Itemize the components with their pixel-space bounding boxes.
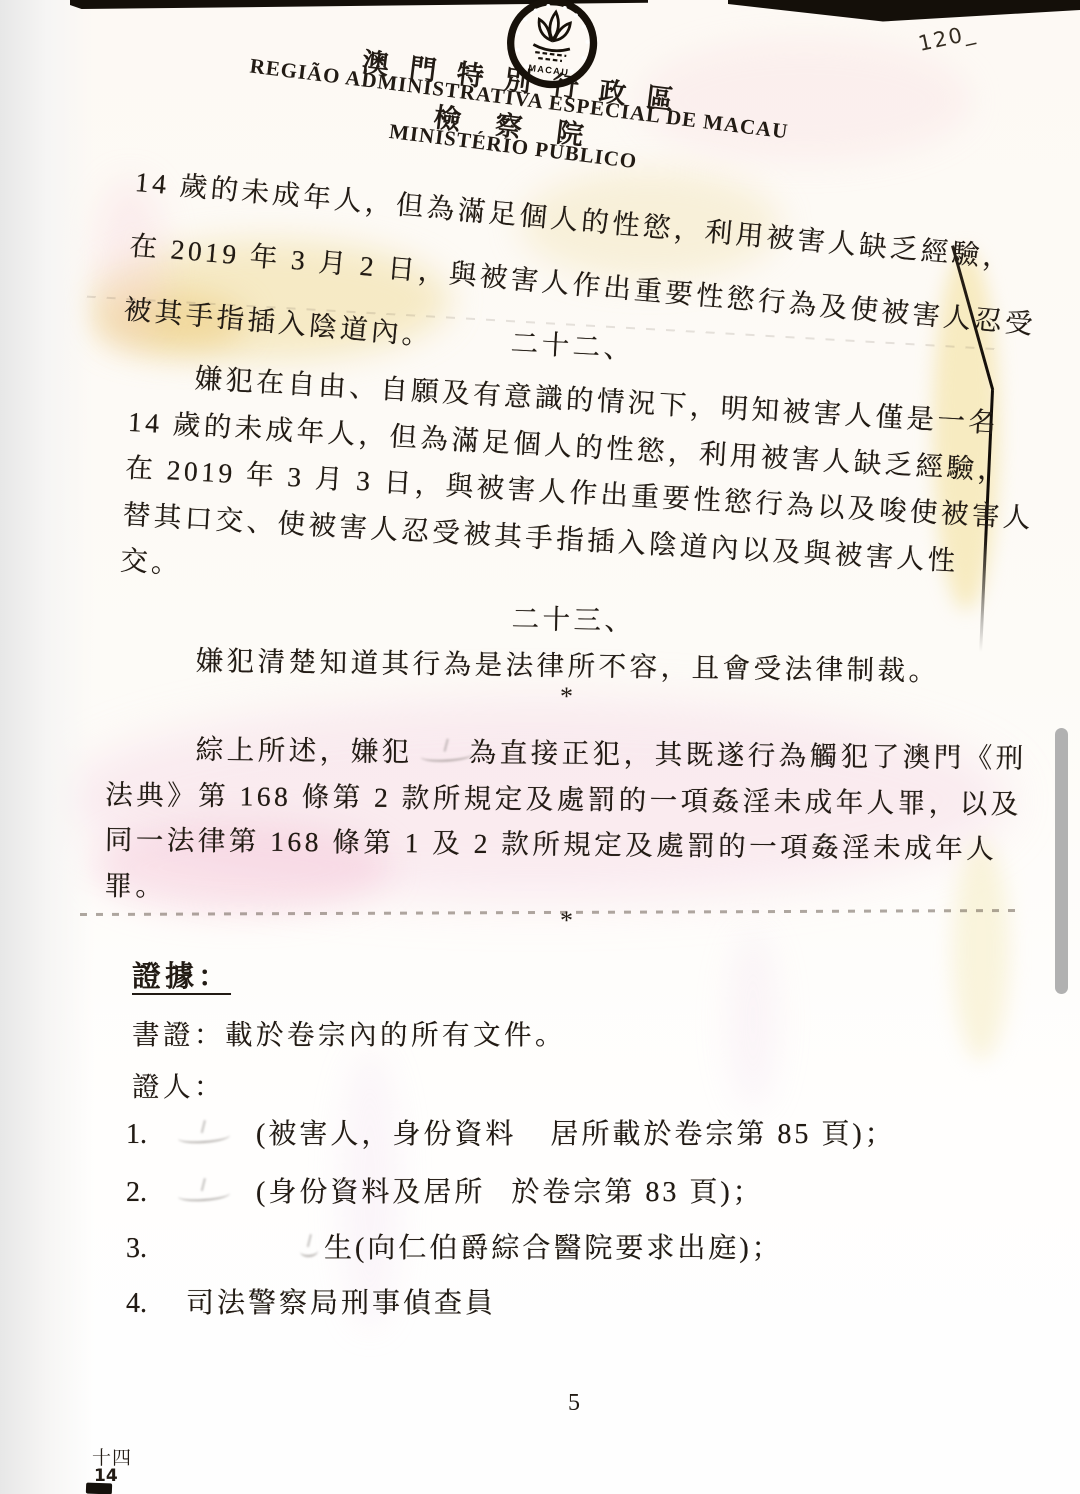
witness-item-text: 於卷宗第 83 頁)； (511, 1177, 763, 1208)
section-22-heading: 二十二、 (510, 320, 636, 366)
scan-dark-strip (728, 0, 1080, 25)
witness-item-text: 居所載於卷宗第 85 頁)； (550, 1119, 895, 1150)
document-photo-page: MACAU 澳 門 特 別 行 政 區 REGIÃO ADMINISTRATIV… (0, 0, 1080, 1494)
separator-asterisk: * (560, 906, 573, 936)
witness-item-text: 司法警察局刑事偵查員 (186, 1288, 496, 1319)
separator-asterisk: * (560, 682, 573, 712)
witness-item-number: 3. (126, 1233, 170, 1265)
witness-item-number: 2. (126, 1177, 170, 1209)
lotus-icon (537, 10, 572, 42)
scrollbar-thumb[interactable] (1055, 728, 1068, 994)
paragraph-22: 嫌犯在自由、自願及有意識的情況下，明知被害人僅是一名 14 歲的未成年人，但為滿… (119, 352, 1040, 635)
page-number: 5 (568, 1390, 580, 1417)
scan-corner-mark (86, 1483, 112, 1494)
bridge-icon (533, 45, 570, 53)
witness-item-3: 3.生(向仁伯爵綜合醫院要求出庭)； (126, 1226, 783, 1266)
witness-item-number: 1. (126, 1119, 170, 1151)
witness-item-4: 4.司法警察局刑事偵查員 (126, 1281, 496, 1321)
redacted-name-mark (298, 1233, 324, 1263)
evidence-heading: 證據： (132, 954, 231, 995)
scan-tint (728, 930, 778, 1110)
documentary-evidence-line: 書證：載於卷宗內的所有文件。 (132, 1012, 566, 1052)
witness-item-1: 1.(被害人，身份資料居所載於卷宗第 85 頁)； (126, 1112, 896, 1152)
witness-item-text: 生(向仁伯爵綜合醫院要求出庭)； (324, 1233, 783, 1264)
paragraph-23: 嫌犯清楚知道其行為是法律所不容，且會受法律制裁。 (195, 638, 939, 688)
witness-item-text: (被害人，身份資料 (256, 1119, 516, 1150)
witness-item-2: 2.(身份資料及居所於卷宗第 83 頁)； (126, 1170, 764, 1210)
handwritten-page-number: 120_ (916, 20, 978, 56)
photo-left-edge (0, 0, 94, 1494)
water-lines-icon (535, 52, 567, 61)
witness-item-number: 4. (126, 1288, 170, 1320)
section-23-heading: 二十三、 (511, 596, 636, 638)
body-text: 綜上所述，嫌犯 (196, 734, 413, 767)
body-line: 同一法律第 168 條第 1 及 2 款所規定及處罰的一項姦淫未成年人 (105, 817, 1026, 872)
redacted-name-mark (413, 737, 469, 768)
body-text: 為直接正犯，其既遂行為觸犯了澳門《刑 (469, 737, 1027, 774)
redacted-name-mark (170, 1177, 256, 1207)
witnesses-label: 證人： (132, 1064, 225, 1104)
redacted-name-mark (170, 1119, 256, 1149)
emblem-label: MACAU (528, 63, 570, 78)
witness-item-text: (身份資料及居所 (256, 1177, 485, 1208)
conclusion-paragraph: 綜上所述，嫌犯為直接正犯，其既遂行為觸犯了澳門《刑 法典》第 168 條第 2 … (104, 726, 1027, 918)
macau-emblem: MACAU (501, 0, 604, 94)
